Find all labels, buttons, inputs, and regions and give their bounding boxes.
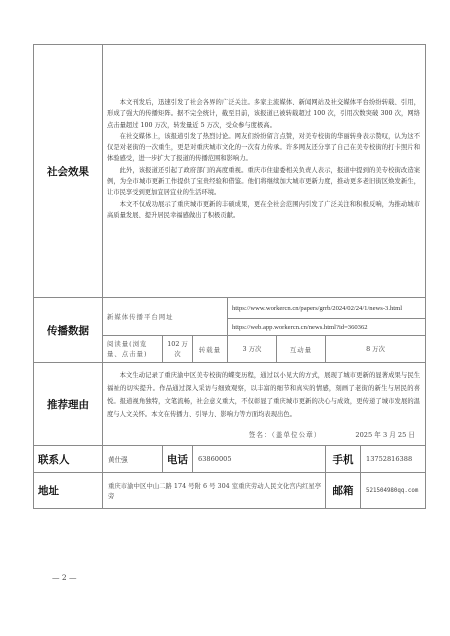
contact-row: 联系人 黄仕强 电话 63860005 手机 13752816388: [34, 446, 426, 473]
address-value: 重庆市渝中区中山二路 174 号附 6 号 304 室重庆劳动人民文化宫内红星亭…: [103, 473, 326, 509]
social-effects-paragraph: 此外，该报道还引起了政府部门的高度重视。重庆市住建委相关负责人表示，报道中提到的…: [107, 165, 420, 199]
reposts-value: 3 万次: [228, 336, 277, 363]
mobile-value: 13752816388: [361, 446, 426, 473]
platform-url-label: 新媒体传播平台网址: [103, 298, 228, 336]
phone-label: 电话: [163, 446, 193, 473]
social-effects-paragraph: 本文刊发后，迅速引发了社会各界的广泛关注。多家主流媒体、新闻网站及社交媒体平台纷…: [107, 97, 420, 131]
recommendation-row: 推荐理由 本文生动记录了重庆渝中区美专校街的蝶变历程，通过以小见大的方式，展现了…: [34, 363, 426, 446]
interactions-value: 8 万次: [326, 336, 426, 363]
dissemination-url-row-1: 传播数据 新媒体传播平台网址 https://www.workercn.cn/p…: [34, 298, 426, 319]
address-row: 地址 重庆市渝中区中山二路 174 号附 6 号 304 室重庆劳动人民文化宫内…: [34, 473, 426, 509]
social-effects-paragraph: 在社交媒体上，该报道引发了热烈讨论。网友们纷纷留言点赞，对美专校街的华丽转身表示…: [107, 131, 420, 165]
contact-name: 黄仕强: [103, 446, 163, 473]
page-number: — 2 —: [52, 573, 77, 582]
email-value: 521504980qq.com: [361, 473, 426, 509]
nomination-form-table: 社会效果 本文刊发后，迅速引发了社会各界的广泛关注。多家主流媒体、新闻网站及社交…: [33, 44, 426, 509]
document-page: 社会效果 本文刊发后，迅速引发了社会各界的广泛关注。多家主流媒体、新闻网站及社交…: [0, 0, 450, 636]
address-label: 地址: [34, 473, 103, 509]
signature-label: 签名：（盖单位公章）: [249, 429, 322, 439]
mobile-label: 手机: [326, 446, 361, 473]
recommendation-label: 推荐理由: [34, 363, 103, 446]
social-effects-row: 社会效果 本文刊发后，迅速引发了社会各界的广泛关注。多家主流媒体、新闻网站及社交…: [34, 45, 426, 298]
social-effects-paragraph: 本文不仅成功展示了重庆城市更新的丰硕成果，更在全社会范围内引发了广泛关注和积极反…: [107, 199, 420, 222]
contact-label: 联系人: [34, 446, 103, 473]
social-effects-content: 本文刊发后，迅速引发了社会各界的广泛关注。多家主流媒体、新闻网站及社交媒体平台纷…: [103, 45, 426, 298]
reads-label: 阅读量(浏览量、点击量): [103, 336, 163, 363]
dissemination-label: 传播数据: [34, 298, 103, 363]
email-label: 邮箱: [326, 473, 361, 509]
signature-line: 签名：（盖单位公章） 2025 年 3 月 25 日: [103, 421, 425, 445]
signature-date: 2025 年 3 月 25 日: [355, 429, 415, 439]
reposts-label: 转载量: [193, 336, 228, 363]
recommendation-content: 本文生动记录了重庆渝中区美专校街的蝶变历程，通过以小见大的方式，展现了城市更新的…: [103, 363, 426, 446]
social-effects-label: 社会效果: [34, 45, 103, 298]
reads-value: 102 万次: [163, 336, 193, 363]
recommendation-paragraph: 本文生动记录了重庆渝中区美专校街的蝶变历程，通过以小见大的方式，展现了城市更新的…: [107, 369, 420, 421]
interactions-label: 互动量: [277, 336, 326, 363]
platform-url-2[interactable]: https://web.app.workercn.cn/news.html?id…: [228, 319, 426, 336]
phone-value: 63860005: [193, 446, 326, 473]
platform-url-1[interactable]: https://www.workercn.cn/papers/grrb/2024…: [228, 298, 426, 319]
